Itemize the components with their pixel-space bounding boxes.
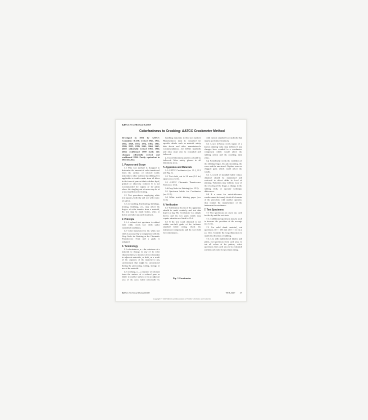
section-heading: 7. Test Specimens [204, 209, 242, 211]
paragraph: 2.1 A colored test specimen is rubbed wi… [122, 221, 160, 229]
paragraph: 6.4 Periodically verify the condition of… [204, 160, 242, 174]
doc-column-1: Developed in 1936 by AATCC Committee RA3… [122, 137, 160, 280]
section-heading: 1. Purpose and Scope [122, 164, 160, 166]
footer-manual-name: AATCC Technical Manual/2008 [122, 292, 150, 294]
paragraph: 6.3 A new in-house crock square of a kno… [204, 143, 242, 159]
paragraph: 5.5 Specimen holder for Crockmeter (see … [163, 190, 201, 195]
document-preview-canvas: AATCC Test Method 8-2007 Colorfastness t… [0, 0, 368, 420]
paragraph: 5.2 Test cloth, cut in 50 mm (2.0 in.) s… [163, 175, 201, 180]
paragraph: 7.1.1 Additional specimens may be used t… [204, 218, 242, 226]
paragraph: 1.1 This test method is designed to dete… [122, 167, 160, 194]
paragraph: 7.2.1 As with multicolored fabrics and p… [204, 238, 242, 252]
paragraph: 6.1 Verification checks of the apparatus… [163, 207, 201, 221]
document-page: AATCC Test Method 8-2007 Colorfastness t… [115, 119, 247, 302]
footer-method-code: TM 8-2007 [226, 292, 236, 294]
paragraph: 7.2 For solid shade material, cut specim… [204, 226, 242, 237]
doc-title: Colorfastness to Crocking: AATCC Crockme… [122, 129, 242, 133]
doc-column-2: handling materials in this test method. … [163, 137, 201, 280]
paragraph: 6.2 If the test result obtained is not w… [163, 221, 201, 235]
paragraph: 1.2 Test procedures employing white test… [122, 194, 160, 202]
section-heading: 3. Terminology [122, 245, 160, 247]
paragraph: 6.5 A record of standard fabric values o… [204, 174, 242, 193]
section-heading: 5. Apparatus and Materials [163, 166, 201, 168]
paragraph: 5.6 White textile blotting paper (see 12… [163, 196, 201, 201]
paragraph: 1.3 As washing, drycleaning, shrinkage, … [122, 203, 160, 217]
paragraph: handling materials in this test method. … [163, 137, 201, 156]
paragraph: 3.2 crocking, n.—a transfer of colorant … [122, 271, 160, 281]
paragraph: 2.2 Color transferred to the white test … [122, 230, 160, 244]
paragraph: 6.6 If a cause for out-of-tolerance resu… [204, 193, 242, 207]
paragraph: 7.1 Two specimens are used, one each for… [204, 212, 242, 217]
doc-footer: AATCC Technical Manual/2008 TM 8-2007 17 [122, 292, 242, 294]
paragraph: 5.1 AATCC Crockmeter (see 12.1, 12.2 and… [163, 169, 201, 174]
section-heading: 6. Verification [163, 204, 201, 206]
footer-page-number: 17 [240, 292, 242, 294]
doc-header-method-number: AATCC Test Method 8-2007 [122, 124, 242, 126]
paragraph: with current standard test methods that … [204, 137, 242, 142]
paragraph: 3.1 colorfastness, n.—the resistance of … [122, 248, 160, 270]
doc-column-3: with current standard test methods that … [204, 137, 242, 280]
document-page-content: AATCC Test Method 8-2007 Colorfastness t… [116, 120, 247, 302]
paragraph: 4.1 Good laboratory practices should be … [163, 157, 201, 165]
paragraph: 5.3 AATCC Chromatic Transference Scale (… [163, 181, 201, 186]
section-heading: 2. Principle [122, 218, 160, 220]
footer-right-group: TM 8-2007 17 [222, 292, 242, 294]
figure-caption: Fig. 1 Crockmeter [163, 277, 201, 279]
copyright-line: Copyright © 2007 American Association of… [122, 298, 242, 300]
doc-columns: Developed in 1936 by AATCC Committee RA3… [122, 137, 242, 280]
lead-paragraph: Developed in 1936 by AATCC Committee RA3… [122, 137, 160, 162]
